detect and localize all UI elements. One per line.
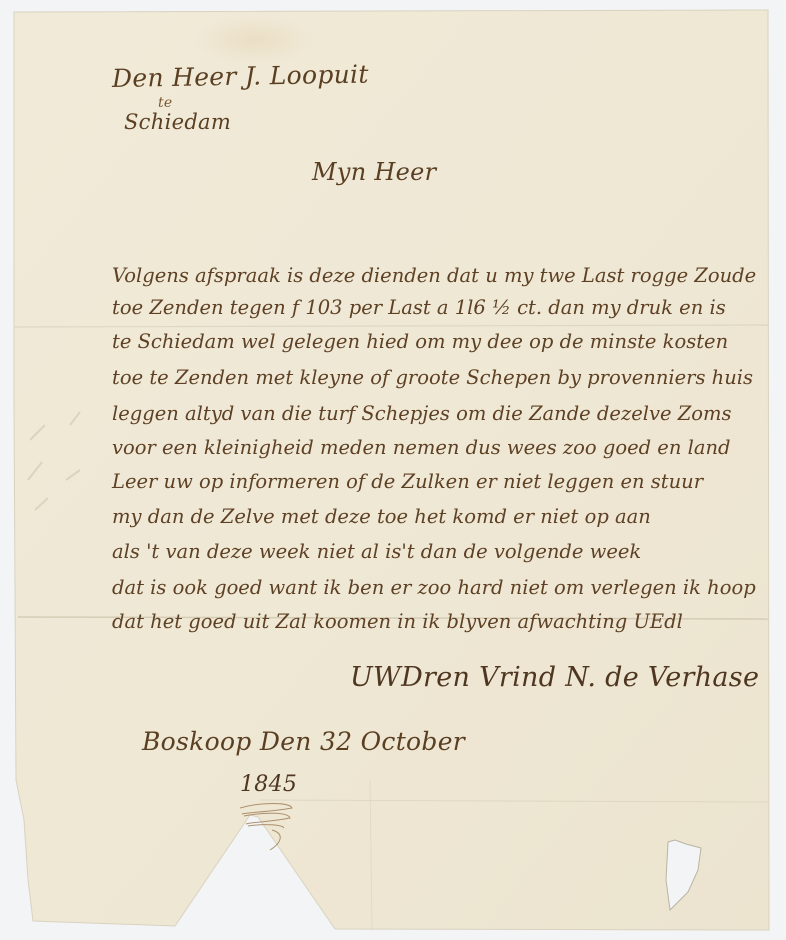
- body-line-5: leggen altyd van die turf Schepjes om di…: [112, 402, 762, 425]
- year: 1845: [240, 772, 297, 797]
- body-line-10: dat is ook goed want ik ben er zoo hard …: [112, 576, 762, 599]
- body-line-3: te Schiedam wel gelegen hied om my dee o…: [112, 330, 762, 353]
- body-line-4: toe te Zenden met kleyne of groote Schep…: [112, 366, 762, 389]
- body-line-11: dat het goed uit Zal koomen in ik blyven…: [112, 610, 762, 633]
- body-line-2: toe Zenden tegen f 103 per Last a 1l6 ½ …: [112, 296, 762, 319]
- place-date: Boskoop Den 32 October: [142, 727, 465, 756]
- flourish-icon: [230, 800, 300, 860]
- scan-background: Den Heer J. Loopuit te Schiedam Myn Heer…: [0, 0, 786, 940]
- salutation: Myn Heer: [312, 158, 436, 186]
- addressee-city: Schiedam: [124, 110, 231, 134]
- signature: UWDren Vrind N. de Verhase: [350, 662, 759, 693]
- addressee-name: Den Heer J. Loopuit: [112, 60, 369, 93]
- body-line-9: als 't van deze week niet al is't dan de…: [112, 540, 762, 563]
- body-line-7: Leer uw op informeren of de Zulken er ni…: [112, 470, 762, 493]
- addressee-te: te: [158, 95, 173, 111]
- body-line-8: my dan de Zelve met deze toe het komd er…: [112, 505, 762, 528]
- body-line-1: Volgens afspraak is deze dienden dat u m…: [112, 264, 762, 287]
- body-line-6: voor een kleinigheid meden nemen dus wee…: [112, 436, 762, 459]
